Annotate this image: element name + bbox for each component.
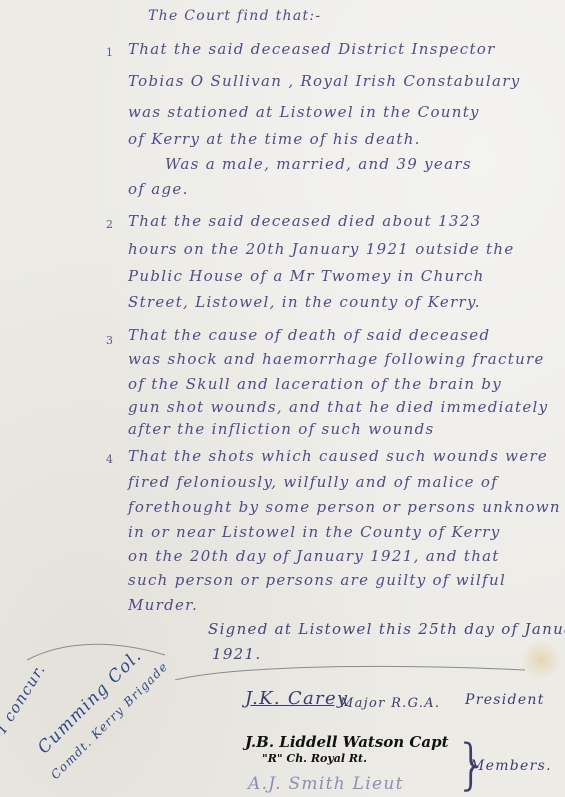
president-signature: J.K. Carey <box>245 688 348 709</box>
members-label: Members. <box>470 758 552 774</box>
finding-number: 4 <box>106 453 113 466</box>
finding-line: That the shots which caused such wounds … <box>128 447 548 465</box>
signed-line: Signed at Listowel this 25th day of Janu… <box>208 620 565 638</box>
finding-line: gun shot wounds, and that he died immedi… <box>128 398 548 416</box>
member-signature: J.B. Liddell Watson Capt <box>245 733 449 751</box>
finding-number: 3 <box>106 334 113 347</box>
president-rank: Major R.G.A. <box>340 696 440 711</box>
finding-line: Street, Listowel, in the county of Kerry… <box>128 293 481 311</box>
finding-line: Murder. <box>128 596 198 614</box>
finding-line: forethought by some person or persons un… <box>128 498 561 516</box>
finding-line: on the 20th day of January 1921, and tha… <box>128 547 500 565</box>
finding-line: That the cause of death of said deceased <box>128 326 490 344</box>
finding-line: was shock and haemorrhage following frac… <box>128 350 545 368</box>
president-role: President <box>465 692 545 708</box>
finding-line: Was a male, married, and 39 years <box>165 155 472 173</box>
finding-line: hours on the 20th January 1921 outside t… <box>128 240 515 258</box>
finding-line: Public House of a Mr Twomey in Church <box>128 267 485 285</box>
member-unit: "R" Ch. Royal Rt. <box>262 752 367 765</box>
finding-line: of Kerry at the time of his death. <box>128 130 421 148</box>
finding-line: after the infliction of such wounds <box>128 420 435 438</box>
document-heading: The Court find that:- <box>148 8 321 24</box>
finding-line: of age. <box>128 180 189 198</box>
finding-line: Tobias O Sullivan , Royal Irish Constabu… <box>128 72 520 90</box>
finding-line: That the said deceased died about 1323 <box>128 212 481 230</box>
finding-line: was stationed at Listowel in the County <box>128 103 480 121</box>
finding-line: in or near Listowel in the County of Ker… <box>128 523 501 541</box>
finding-line: That the said deceased District Inspecto… <box>128 40 496 58</box>
finding-line: fired feloniously, wilfully and of malic… <box>128 473 498 491</box>
finding-line: such person or persons are guilty of wil… <box>128 571 506 589</box>
finding-line: of the Skull and laceration of the brain… <box>128 375 502 393</box>
member-signature: A.J. Smith Lieut <box>248 774 404 794</box>
finding-number: 1 <box>106 46 113 59</box>
finding-number: 2 <box>106 218 113 231</box>
